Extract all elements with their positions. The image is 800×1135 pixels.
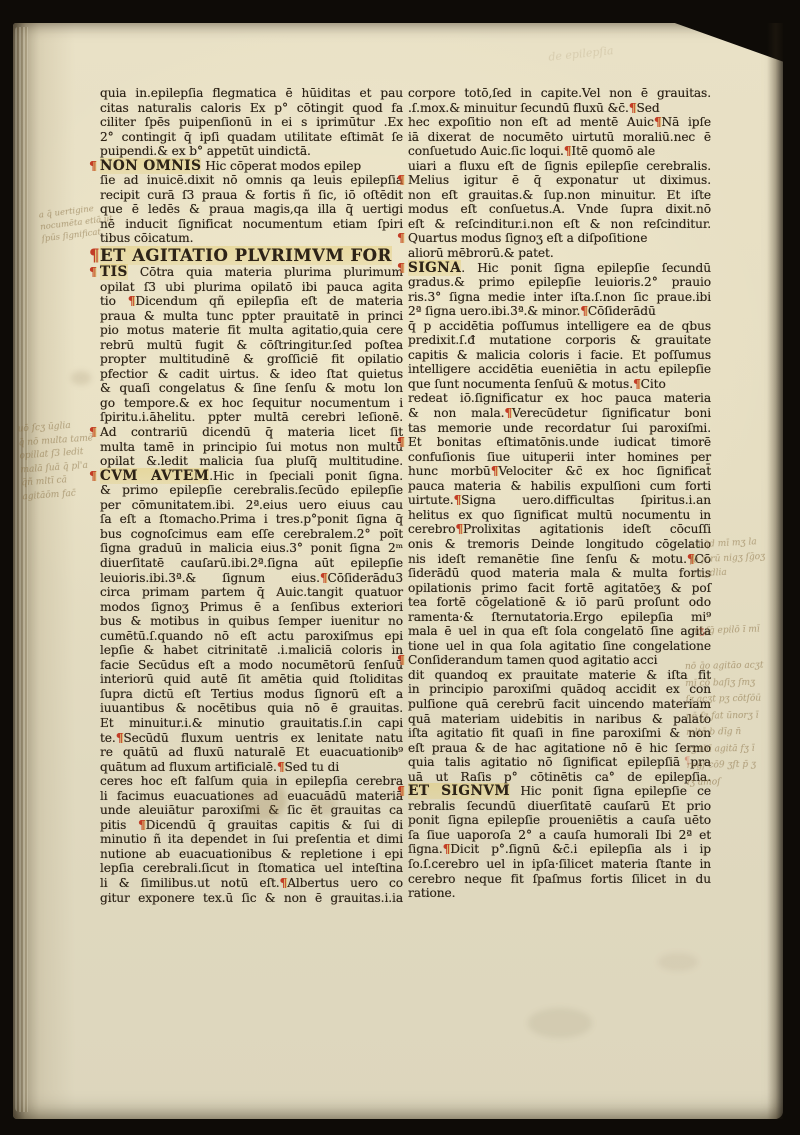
text-line: bus & motibus in quibus ſemper iuenitur … [100, 614, 403, 629]
rubric-pilcrow: ¶ [138, 818, 146, 832]
text-line: & quaſi congelatus & ſine ſenſu & motu l… [100, 381, 403, 396]
marginal-annotation-right-upper: nō q̄d mī mʒ lafā forū nigʒ ſḡoʒa nʒdlia [689, 533, 795, 582]
text-line: tea fortē cōgelationē & iō parū proſunt … [408, 595, 711, 610]
manuscript-photo: quia in.epilepſia flegmatica ē hūiditas … [0, 0, 800, 1135]
rubric-pilcrow: ¶ [491, 464, 499, 478]
text-line: cerebro¶Prolixitas agitationis ideſt cōc… [408, 522, 711, 537]
book-page: quia in.epilepſia flegmatica ē hūiditas … [13, 23, 783, 1119]
rubric-pilcrow: ¶ [455, 522, 463, 536]
rubric-pilcrow: ¶ [397, 173, 408, 188]
text-line: mala ē uel in qua eſt ſola congelatō ſin… [408, 624, 711, 639]
text-line: 2ª ſigna uero.ibi.3ª.& minor.¶Cōſiderādū [408, 304, 711, 319]
text-line: leuioris.ibi.3ª.& ſignum eius.¶Cōſiderād… [100, 571, 403, 586]
text-line: gradus.& primo epilepſie leuioris.2° pra… [408, 275, 711, 290]
red-margin-mark: ¶ [684, 756, 690, 767]
rubric-pilcrow: ¶ [277, 760, 285, 774]
text-line: citas naturalis caloris Ex p° cōtingit q… [100, 101, 403, 116]
text-line: nutione ab euacuationibus & repletione i… [100, 847, 403, 862]
text-line: ſpiritu.i.āhelitu. ppter multā cerebri l… [100, 410, 403, 425]
text-line: pulſione quā cerebrū facit uincendo mate… [408, 697, 711, 712]
text-line: eſt & reſcinditur.i.non eſt & non reſcin… [408, 217, 711, 232]
text-line: onis & tremoris Deinde longitudo cōgelat… [408, 537, 711, 552]
text-line: iſta agitatio fit quaſi in fine paroxiſm… [408, 726, 711, 741]
text-line: iuuantibus & nocētibus quia nō ē grauita… [100, 701, 403, 716]
text-line: ¶SIGNA. Hic ponit ſigna epilepſie ſecund… [408, 261, 711, 276]
text-line: eſt praua & de hac agitatione nō ē hic ſ… [408, 741, 711, 756]
text-line: iā dixerat de nocumēto uirtutū moraliū.n… [408, 130, 711, 145]
text-line: hunc morbū¶Velociter &c̄ ex hoc ſignific… [408, 464, 711, 479]
text-line: q̄ p accidētia poſſumus intelligere ea d… [408, 319, 711, 334]
red-margin-mark: ʒ [699, 626, 705, 637]
text-line: quia talis agitatio nō ſignificat epilep… [408, 755, 711, 770]
text-line: facie Secūdus eſt a modo nocumētorū ſenſ… [100, 658, 403, 673]
text-line: tibus cōicatum. [100, 231, 403, 246]
text-line: ¶Et bonitas eſtimatōnis.unde iudicat tim… [408, 435, 711, 450]
washed-capitals: TIS [100, 264, 128, 280]
rubric-pilcrow: ¶ [629, 101, 637, 115]
rubric-pilcrow: ¶ [89, 159, 100, 174]
text-line: ¶ET SIGNVM Hic ponit ſigna epilepſie ce [408, 784, 711, 799]
text-line: ponit ſigna epilepſie proueniētis a cauſ… [408, 813, 711, 828]
text-line: uā ut Raſis p° cōtinētis ca° de epilepſi… [408, 770, 711, 785]
text-line: redeat iō.ſignificatur ex hoc pauca mate… [408, 391, 711, 406]
text-line: puipendi.& ex b° appetūt uindictā. [100, 144, 403, 159]
text-line: modus eſt conſuetus.A. Vnde ſupra dixit.… [408, 202, 711, 217]
text-line: pfectior & cadit uirtus. & ideo ſtat qui… [100, 367, 403, 382]
rubric-pilcrow: ¶ [397, 435, 408, 450]
marginal-note-line: ſʒ acʒt pʒ cōtſōū [685, 690, 797, 708]
text-line: Et minuitur.i.& minutio grauitatis.ſ.in … [100, 716, 403, 731]
marginal-annotation-right-lower: nō q̄o agitāo acʒtmī cō̄ baſiʒ ſmʒſʒ acʒ… [685, 657, 799, 791]
text-line: te.¶Secūdū fluxum uentris ex lenitate na… [100, 731, 403, 746]
rubric-pilcrow: ¶ [397, 261, 408, 276]
text-line: minutio ñ ita dependet in ſui preſentia … [100, 832, 403, 847]
text-line: ſa ſiue uaporoſa 2° a cauſa humorali Ibi… [408, 828, 711, 843]
text-line: modos ſignoʒ Primus ē a ſenſibus exterio… [100, 600, 403, 615]
stain [528, 1008, 592, 1038]
text-line: ſa eſt a ſtomacho.Prima i tres.p°ponit ſ… [100, 512, 403, 527]
marginal-note-line: cʒ thī agitā fʒ ī [686, 740, 798, 758]
text-line: 2° contingit q̄ ipſi quadam utilitate eſ… [100, 130, 403, 145]
text-line: ¶NON OMNIS Hic cōperat modos epilep [100, 159, 403, 174]
text-line: re quātū ad fluxū naturalē Et euacuation… [100, 745, 403, 760]
text-line: nis ideſt remanētie ſine ſenſu & motu.¶C… [408, 552, 711, 567]
text-line: li & ſimilibus.ut notū eſt.¶Albertus uer… [100, 876, 403, 891]
text-line: intelligere accidētia eueniētia in actu … [408, 362, 711, 377]
text-line: quātum ad fluxum artificialē.¶Sed tu di [100, 760, 403, 775]
text-line: lepſia cerebrali.ſicut in ſtomatica uel … [100, 861, 403, 876]
text-line: & primo epilepſie cerebralis.ſecūdo epil… [100, 483, 403, 498]
text-line: ris.3° ſigna medie inter iſta.ſ.non ſic … [408, 290, 711, 305]
text-line: confuſionis ſiue uituperii inter homines… [408, 450, 711, 465]
text-line: hec expoſitio non eſt ad mentē Auic¶Nā i… [408, 115, 711, 130]
marginal-note-line: mltō b dīg n̄ [686, 723, 798, 741]
stain [658, 953, 698, 971]
stain [311, 795, 337, 815]
rubric-pilcrow: ¶ [397, 784, 408, 799]
rubric-pilcrow: ¶ [128, 294, 136, 308]
text-line: tio ¶Dicendum qñ epilepſia eſt de materi… [100, 294, 403, 309]
text-line: praua & multa tunc ppter prauitatē in pr… [100, 309, 403, 324]
text-line: opilat &.ledit malicia ſua pluſq̄ multit… [100, 454, 403, 469]
rubric-pilcrow: ¶ [89, 246, 100, 265]
text-line: uirtute.¶Signa uero.difficultas ſpiritus… [408, 493, 711, 508]
text-line: interiorū quid autē ſit amētia quid ſtol… [100, 672, 403, 687]
rubric-pilcrow: ¶ [443, 842, 451, 856]
text-line: circa primam partem q̄ Auic.tangit quatu… [100, 585, 403, 600]
marginal-note-line: nō ſʒ fat ūnorʒ ī [686, 707, 798, 725]
text-line: ¶Ad contrariū dicendū q̄ materia licet ſ… [100, 425, 403, 440]
text-line: pio motus materie fit multa agitatio,qui… [100, 323, 403, 338]
text-line: conſuetudo Auic.ſic loqui.¶Itē quomō ale [408, 144, 711, 159]
stain [71, 371, 91, 385]
text-line: ſigna graduū in malicia eius.3° ponit ſi… [100, 541, 403, 556]
text-line: uiari a fluxu eſt de ſignis epilepſie ce… [408, 159, 711, 174]
rubric-pilcrow: ¶ [116, 731, 124, 745]
text-line: opilat ſ3 ubi plurima opilatō ibi pauca … [100, 280, 403, 295]
washed-capitals: ET SIGNVM [408, 783, 510, 799]
text-line: in principio paroxiſmi quādoq accidit ex… [408, 682, 711, 697]
text-line: tione uel in qua ſola agitatio ſine cong… [408, 639, 711, 654]
text-line: pauca materia & habilis expulſioni cum f… [408, 479, 711, 494]
text-line: bus cognoſcimus eam eſſe cerebralem.2° p… [100, 527, 403, 542]
rubric-pilcrow: ¶ [580, 304, 588, 318]
text-line: ſo.ſ.cerebro uel in ipſa·ſilicet materia… [408, 857, 711, 872]
text-line: capitis & malicia coloris i facie. Et po… [408, 348, 711, 363]
text-line: aliorū mēbrorū.& patet. [408, 246, 711, 261]
text-line: helitus ex quo ſignificat multū nocument… [408, 508, 711, 523]
text-line: ¶ET AGITATIO PLVRIMVM FOR [100, 246, 403, 265]
text-line: ratione. [408, 886, 711, 901]
page-edge-lines [15, 27, 28, 1112]
text-line: corpore totō,ſed in capite.Vel non ē gra… [408, 86, 711, 101]
text-line: ¶Melius igitur ē q̄ exponatur ut diximus… [408, 173, 711, 188]
text-line: opilationis primo facit fortē agitatōeʒ … [408, 581, 711, 596]
rubric-pilcrow: ¶ [320, 571, 328, 585]
rubric-pilcrow: ¶ [654, 115, 662, 129]
text-line: ſupra dictū eſt Tertius modus ſignorū eſ… [100, 687, 403, 702]
marginal-note-line: lʒ āmoſ [687, 773, 799, 791]
text-line: tas memorie unde recordatur ſui paroxiſm… [408, 421, 711, 436]
rubric-pilcrow: ¶ [397, 653, 408, 668]
marginal-note-line: mī cō̄ baſiʒ ſmʒ [685, 674, 797, 692]
marginal-note-line: roḡſ cō9 ʒſt p̄ ʒ [687, 756, 799, 774]
rubric-pilcrow: ¶ [280, 876, 288, 890]
text-line: nē inducit ſignificat nocumentum etiam ſ… [100, 217, 403, 232]
text-line: cumētū.ſ.quando nō eſt actu paroxiſmus e… [100, 629, 403, 644]
rubric-pilcrow: ¶ [397, 231, 408, 246]
text-line: ſie ad inuicē.dixit nō omnis qa leuis ep… [100, 173, 403, 188]
text-line: cerebro neque fit ſpaſmus fortis ſilicet… [408, 872, 711, 887]
text-line: gitur exponere tex.ū ſic & non ē grauita… [100, 891, 403, 906]
text-line: quia in.epilepſia flegmatica ē hūiditas … [100, 86, 403, 101]
text-line: diuerſitatē cauſarū.ibi.2ª.ſigna aūt epi… [100, 556, 403, 571]
washed-capitals: ET AGITATIO PLVRIMVM FOR [100, 246, 392, 265]
text-line: ¶Conſiderandum tamen quod agitatio acci [408, 653, 711, 668]
text-line: que ē ledēs & praua magis,qa illa q̄ uer… [100, 202, 403, 217]
washed-capitals: SIGNA [408, 260, 461, 276]
text-line: predixit.ſ.đ mutatione corporis & grauit… [408, 333, 711, 348]
text-line: ſigna.¶Dicit p°.ſignū &c̄.i epilepſia al… [408, 842, 711, 857]
text-line: .ſ.mox.& minuitur ſecundū fluxū &c̄.¶Sed [408, 101, 711, 116]
text-line: ¶TIS Cōtra quia materia plurima plurimum [100, 265, 403, 280]
text-line: multa tamē in principio ſui motus non mu… [100, 440, 403, 455]
text-line: ramenta·& ſternutatoria.Ergo epilepſia m… [408, 610, 711, 625]
text-line: lepſie & habet citrinitatē .i.maliciā co… [100, 643, 403, 658]
text-line: go tempore.& ex hoc ſequitur nocumentum … [100, 396, 403, 411]
text-line: que ſunt nocumenta ſenſuū & motus.¶Cito [408, 377, 711, 392]
text-line: non eſt grauitas.& ſup.non minuitur. Et … [408, 188, 711, 203]
text-line: ¶Quartus modus ſignoʒ eſt a diſpoſitione [408, 231, 711, 246]
marginal-annotation-left-mid: uō ſcʒ ūgliaq̄ nō multa tamēopillat ſ3 l… [17, 417, 122, 505]
rubric-pilcrow: ¶ [454, 493, 462, 507]
text-line: dit quandoq ex prauitate materie & iſta … [408, 668, 711, 683]
text-column-right: corpore totō,ſed in capite.Vel non ē gra… [408, 86, 711, 901]
text-line: quā materiam uidebitis in naribus & pala… [408, 712, 711, 727]
rubric-pilcrow: ¶ [633, 377, 641, 391]
washed-capitals: NON OMNIS [100, 158, 201, 174]
text-line: recipit curā ſ3 praua & fortis ñ ſic, iō… [100, 188, 403, 203]
text-line: ciliter ſpēs puipenſionū in ei s iprimūt… [100, 115, 403, 130]
text-line: ¶CVM AVTEM.Hic in ſpeciali ponit ſigna. [100, 469, 403, 484]
text-line: per cōmunitatem.ibi. 2ª.eius uero eiuus … [100, 498, 403, 513]
text-line: ſiderādū quod materia mala & multa forti… [408, 566, 711, 581]
text-line: & non mala.¶Verecūdetur ſignificatur bon… [408, 406, 711, 421]
rubric-pilcrow: ¶ [89, 265, 100, 280]
rubric-pilcrow: ¶ [564, 144, 572, 158]
text-line: pitis ¶Dicendū q̄ grauitas capitis & ſui… [100, 818, 403, 833]
text-line: rebralis ſecundū diuerſitatē cauſarū Et … [408, 799, 711, 814]
text-line: propter multitudinē & groſſiciē fit opil… [100, 352, 403, 367]
rubric-pilcrow: ¶ [504, 406, 512, 420]
marginal-note-line: nō q̄o agitāo acʒt [685, 657, 797, 675]
text-line: rebrū multū fugit & cōſtringitur.ſed poſ… [100, 338, 403, 353]
stain [239, 779, 287, 821]
